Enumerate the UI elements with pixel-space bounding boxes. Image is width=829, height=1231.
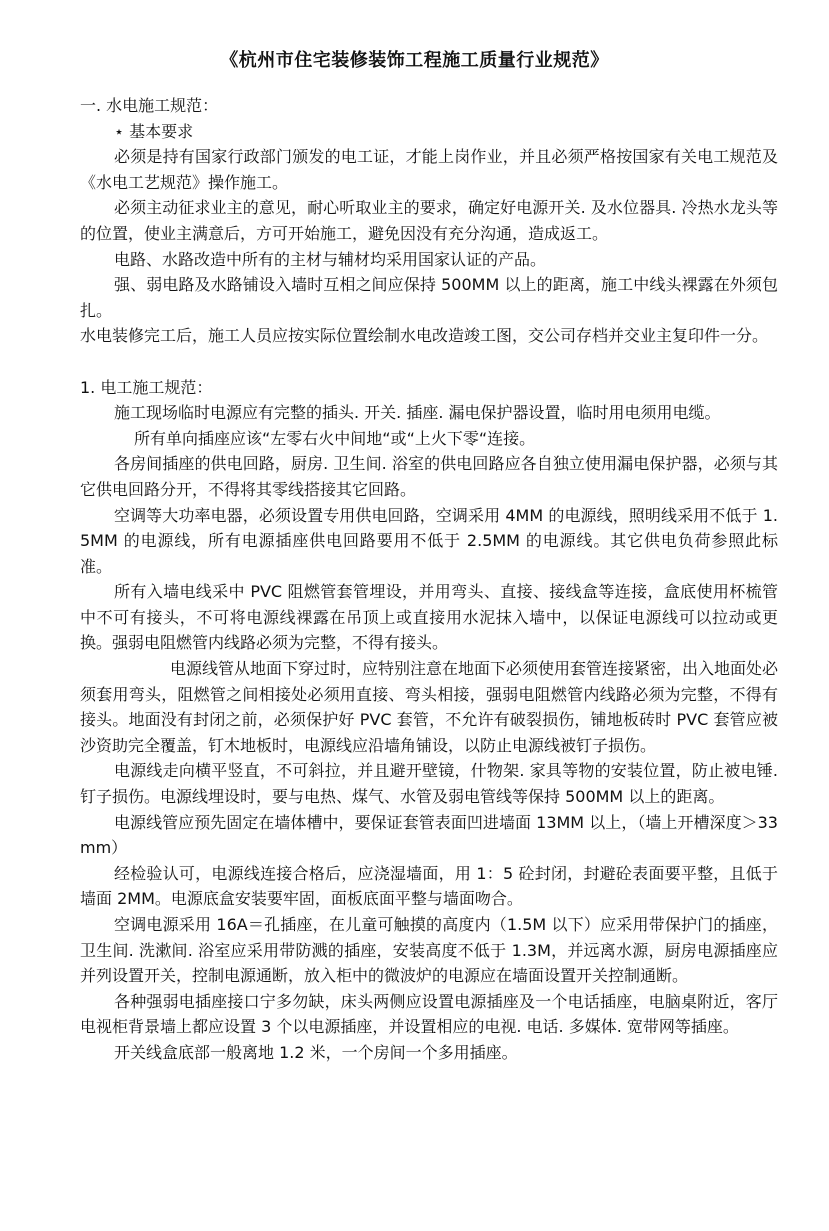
paragraph: 电源线管应预先固定在墙体槽中，要保证套管表面凹进墙面 13MM 以上，（墙上开槽… xyxy=(80,810,778,861)
paragraph: 空调电源采用 16A＝孔插座，在儿童可触摸的高度内（1.5M 以下）应采用带保护… xyxy=(80,912,778,989)
subheading-basic-requirements: ⋆ 基本要求 xyxy=(80,119,778,145)
section-heading-electrician: 1. 电工施工规范： xyxy=(80,375,778,401)
paragraph: 各种强弱电插座接口宁多勿缺，床头两侧应设置电源插座及一个电话插座，电脑桌附近，客… xyxy=(80,989,778,1040)
paragraph: 空调等大功率电器，必须设置专用供电回路，空调采用 4MM 的电源线，照明线采用不… xyxy=(80,503,778,580)
spacer xyxy=(80,349,778,375)
document-title: 《杭州市住宅装修装饰工程施工质量行业规范》 xyxy=(0,46,829,72)
paragraph: 必须主动征求业主的意见，耐心听取业主的要求，确定好电源开关. 及水位器具. 冷热… xyxy=(80,195,778,246)
paragraph: 电源线管从地面下穿过时，应特别注意在地面下必须使用套管连接紧密，出入地面处必须套… xyxy=(80,656,778,758)
paragraph: 所有单向插座应该“左零右火中间地“或“上火下零“连接。 xyxy=(80,426,778,452)
paragraph: 必须是持有国家行政部门颁发的电工证，才能上岗作业，并且必须严格按国家有关电工规范… xyxy=(80,144,778,195)
paragraph: 强、弱电路及水路铺设入墙时互相之间应保持 500MM 以上的距离，施工中线头裸露… xyxy=(80,272,778,323)
paragraph: 所有入墙电线采中 PVC 阻燃管套管埋设，并用弯头、直接、接线盒等连接，盒底使用… xyxy=(80,579,778,656)
section-heading-water-electric: 一. 水电施工规范： xyxy=(80,93,778,119)
paragraph: 开关线盒底部一般离地 1.2 米，一个房间一个多用插座。 xyxy=(80,1040,778,1066)
paragraph: 水电装修完工后，施工人员应按实际位置绘制水电改造竣工图，交公司存档并交业主复印件… xyxy=(80,323,778,349)
paragraph: 各房间插座的供电回路，厨房. 卫生间. 浴室的供电回路应各自独立使用漏电保护器，… xyxy=(80,451,778,502)
paragraph: 经检验认可，电源线连接合格后，应浇湿墙面，用 1：5 砼封闭，封避砼表面要平整，… xyxy=(80,861,778,912)
document-body: 一. 水电施工规范： ⋆ 基本要求 必须是持有国家行政部门颁发的电工证，才能上岗… xyxy=(80,93,778,1066)
paragraph: 电路、水路改造中所有的主材与辅材均采用国家认证的产品。 xyxy=(80,247,778,273)
paragraph: 施工现场临时电源应有完整的插头. 开关. 插座. 漏电保护器设置，临时用电须用电… xyxy=(80,400,778,426)
paragraph: 电源线走向横平竖直，不可斜拉，并且避开壁镜，什物架. 家具等物的安装位置，防止被… xyxy=(80,758,778,809)
